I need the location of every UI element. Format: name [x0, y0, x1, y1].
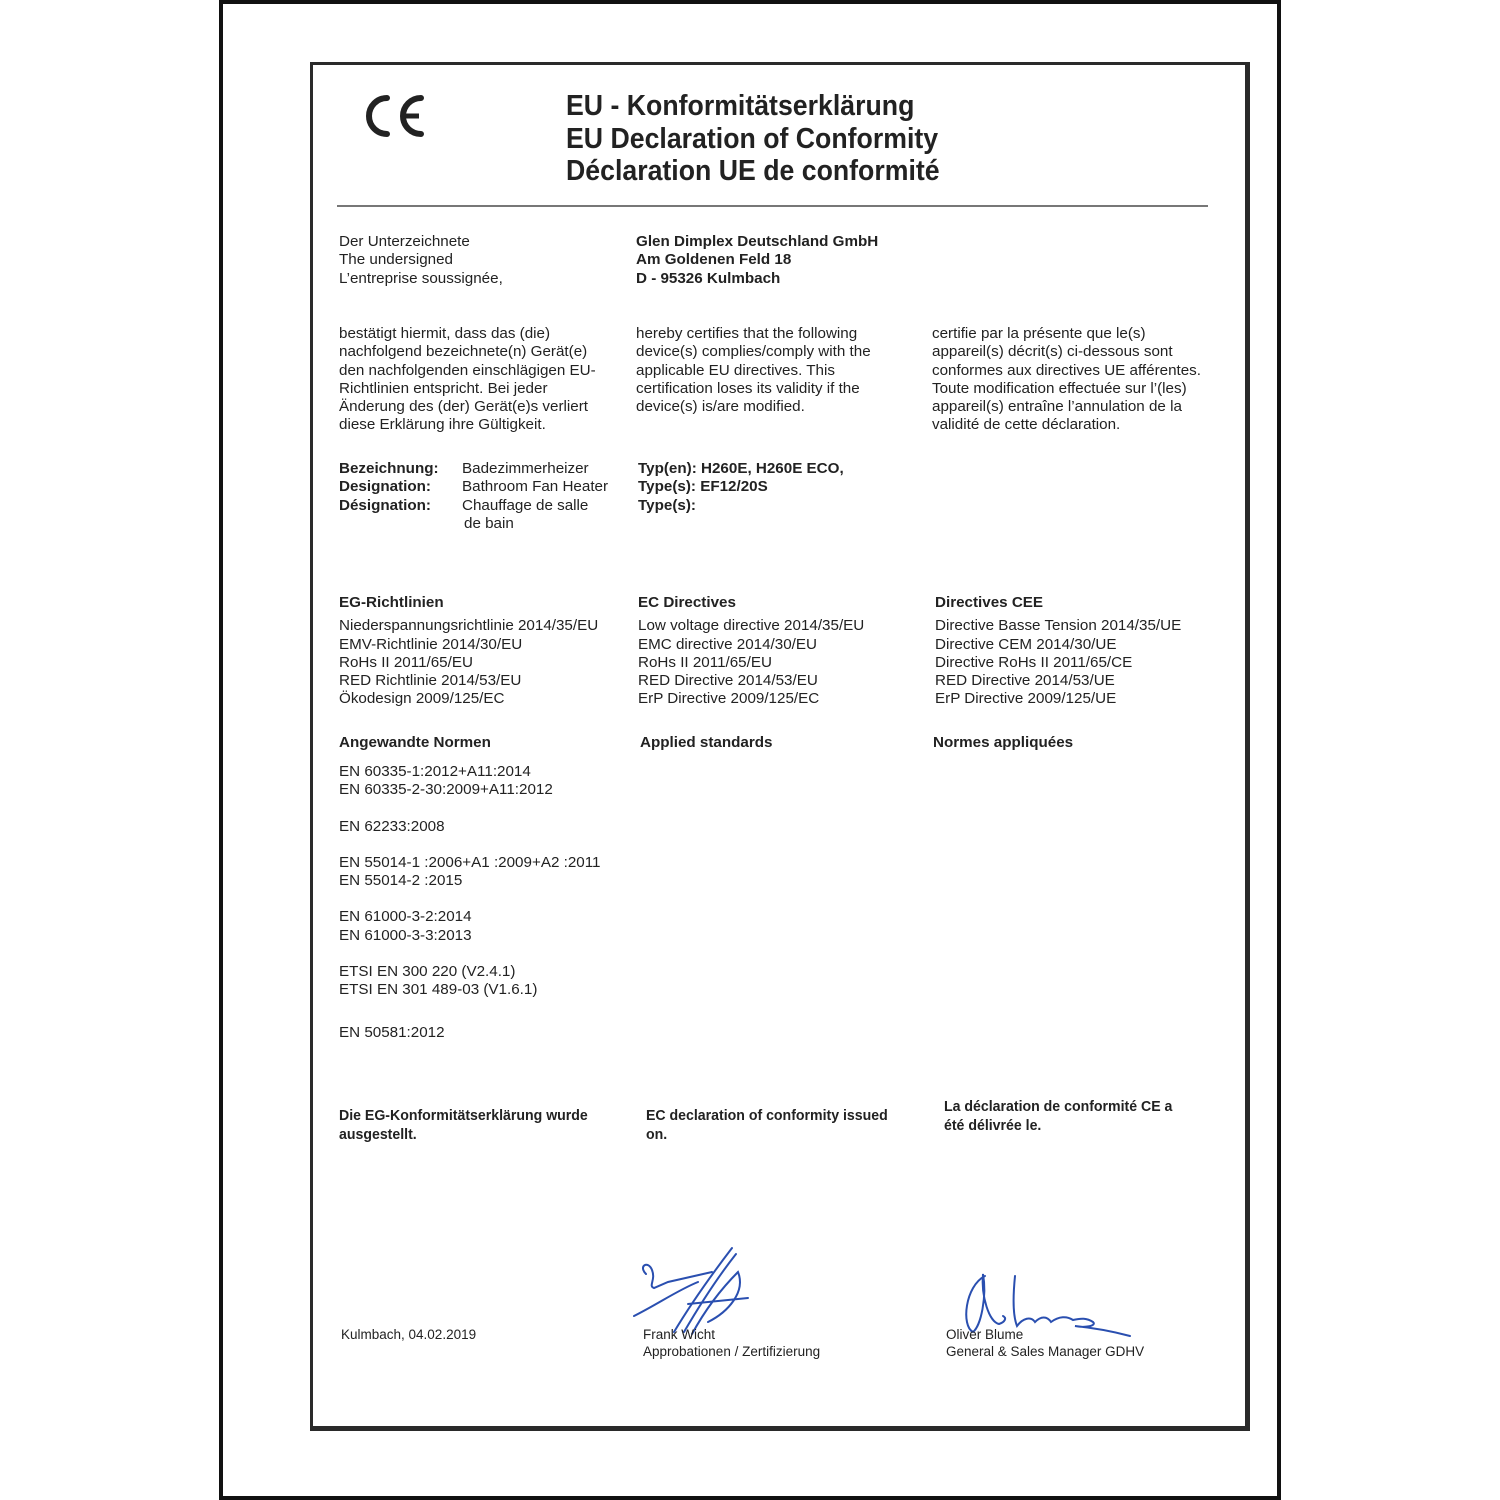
issued-line: Die EG-Konformitätserklärung wurde: [339, 1106, 588, 1125]
designation-labels: Bezeichnung: Designation: Désignation:: [339, 460, 439, 515]
cert-line: appareil(s) entraîne l’annulation de la: [932, 398, 1201, 416]
title-de: EU - Konformitätserklärung: [566, 90, 940, 123]
designation-values: Badezimmerheizer Bathroom Fan Heater Cha…: [462, 460, 608, 533]
title-fr: Déclaration UE de conformité: [566, 155, 940, 188]
company-city: D - 95326 Kulmbach: [636, 270, 878, 288]
standard-item: ETSI EN 301 489-03 (V1.6.1): [339, 981, 601, 999]
cert-line: applicable EU directives. This: [636, 362, 871, 380]
directive-item: EMC directive 2014/30/EU: [638, 636, 864, 654]
signer2-name: Oliver Blume: [946, 1327, 1144, 1344]
cert-line: bestätigt hiermit, dass das (die): [339, 325, 596, 343]
issued-line: on.: [646, 1125, 888, 1144]
cert-line: hereby certifies that the following: [636, 325, 871, 343]
designation-value: Chauffage de salle: [462, 497, 608, 515]
certification-fr: certifie par la présente que le(s) appar…: [932, 325, 1201, 435]
directive-item: RED Directive 2014/53/UE: [935, 672, 1181, 690]
type-row: Type(s):: [638, 497, 844, 515]
directive-item: ErP Directive 2009/125/UE: [935, 690, 1181, 708]
designation-value: de bain: [462, 515, 608, 533]
signer1-name: Frank Wicht: [643, 1327, 820, 1344]
directive-item: EMV-Richtlinie 2014/30/EU: [339, 636, 598, 654]
issued-de: Die EG-Konformitätserklärung wurde ausge…: [339, 1106, 588, 1144]
cert-line: device(s) complies/comply with the: [636, 343, 871, 361]
cert-line: conformes aux directives UE afférentes.: [932, 362, 1201, 380]
directive-item: Ökodesign 2009/125/EC: [339, 690, 598, 708]
cert-line: certification loses its validity if the: [636, 380, 871, 398]
device-types: Typ(en): H260E, H260E ECO, Type(s): EF12…: [638, 460, 844, 515]
document-title: EU - Konformitätserklärung EU Declaratio…: [566, 90, 972, 188]
company-street: Am Goldenen Feld 18: [636, 251, 878, 269]
directives-heading: Directives CEE: [935, 594, 1181, 612]
issued-line: EC declaration of conformity issued: [646, 1106, 888, 1125]
signer2: Oliver Blume General & Sales Manager GDH…: [946, 1327, 1144, 1360]
ce-mark-icon: [357, 92, 425, 140]
directives-fr: Directives CEE Directive Basse Tension 2…: [935, 594, 1181, 709]
cert-line: device(s) is/are modified.: [636, 398, 871, 416]
cert-line: nachfolgend bezeichnete(n) Gerät(e): [339, 343, 596, 361]
issued-fr: La déclaration de conformité CE a été dé…: [944, 1097, 1172, 1135]
directives-heading: EC Directives: [638, 594, 864, 612]
standard-item: EN 55014-1 :2006+A1 :2009+A2 :2011: [339, 854, 601, 872]
standard-item: EN 61000-3-3:2013: [339, 927, 601, 945]
issued-en: EC declaration of conformity issued on.: [646, 1106, 888, 1144]
certification-en: hereby certifies that the following devi…: [636, 325, 871, 416]
designation-value: Badezimmerheizer: [462, 460, 608, 478]
directive-item: Niederspannungsrichtlinie 2014/35/EU: [339, 617, 598, 635]
cert-line: Richtlinien entspricht. Bei jeder: [339, 380, 596, 398]
signer2-role: General & Sales Manager GDHV: [946, 1344, 1144, 1361]
directive-item: Directive Basse Tension 2014/35/UE: [935, 617, 1181, 635]
cert-line: Toute modification effectuée sur l’(les): [932, 380, 1201, 398]
label-fr: L’entreprise soussignée,: [339, 270, 503, 288]
cert-line: validité de cette déclaration.: [932, 416, 1201, 434]
type-row: Type(s): EF12/20S: [638, 478, 844, 496]
issued-line: été délivrée le.: [944, 1116, 1172, 1135]
label-de: Der Unterzeichnete: [339, 233, 503, 251]
issued-line: ausgestellt.: [339, 1125, 588, 1144]
type-value: H260E, H260E ECO,: [701, 460, 844, 477]
directives-heading: EG-Richtlinien: [339, 594, 598, 612]
standards-heading-de: Angewandte Normen: [339, 734, 491, 752]
directive-item: RED Richtlinie 2014/53/EU: [339, 672, 598, 690]
directive-item: RED Directive 2014/53/EU: [638, 672, 864, 690]
header-divider: [337, 205, 1208, 207]
place-date: Kulmbach, 04.02.2019: [341, 1327, 476, 1342]
standard-item: EN 55014-2 :2015: [339, 872, 601, 890]
directive-item: Low voltage directive 2014/35/EU: [638, 617, 864, 635]
type-label: Typ(en):: [638, 460, 697, 477]
designation-label: Designation:: [339, 478, 439, 496]
undersigned-labels: Der Unterzeichnete The undersigned L’ent…: [339, 233, 503, 288]
title-en: EU Declaration of Conformity: [566, 123, 940, 156]
designation-label: Désignation:: [339, 497, 439, 515]
standard-item: EN 61000-3-2:2014: [339, 908, 601, 926]
type-label: Type(s):: [638, 497, 696, 514]
standards-list: EN 60335-1:2012+A11:2014 EN 60335-2-30:2…: [339, 763, 601, 1042]
label-en: The undersigned: [339, 251, 503, 269]
designation-label: Bezeichnung:: [339, 460, 439, 478]
standard-item: EN 62233:2008: [339, 818, 601, 836]
cert-line: appareil(s) décrit(s) ci-dessous sont: [932, 343, 1201, 361]
certification-de: bestätigt hiermit, dass das (die) nachfo…: [339, 325, 596, 435]
type-row: Typ(en): H260E, H260E ECO,: [638, 460, 844, 478]
type-label: Type(s):: [638, 478, 696, 495]
directive-item: RoHs II 2011/65/EU: [638, 654, 864, 672]
standard-item: EN 50581:2012: [339, 1024, 601, 1042]
issued-line: La déclaration de conformité CE a: [944, 1097, 1172, 1116]
standard-item: EN 60335-1:2012+A11:2014: [339, 763, 601, 781]
standard-item: EN 60335-2-30:2009+A11:2012: [339, 781, 601, 799]
cert-line: den nachfolgenden einschlägigen EU-: [339, 362, 596, 380]
standards-heading-fr: Normes appliquées: [933, 734, 1073, 752]
designation-value: Bathroom Fan Heater: [462, 478, 608, 496]
signer1: Frank Wicht Approbationen / Zertifizieru…: [643, 1327, 820, 1360]
signer1-role: Approbationen / Zertifizierung: [643, 1344, 820, 1361]
directives-de: EG-Richtlinien Niederspannungsrichtlinie…: [339, 594, 598, 709]
cert-line: certifie par la présente que le(s): [932, 325, 1201, 343]
directive-item: Directive RoHs II 2011/65/CE: [935, 654, 1181, 672]
directive-item: ErP Directive 2009/125/EC: [638, 690, 864, 708]
cert-line: diese Erklärung ihre Gültigkeit.: [339, 416, 596, 434]
cert-line: Änderung des (der) Gerät(e)s verliert: [339, 398, 596, 416]
standards-heading-en: Applied standards: [640, 734, 773, 752]
company-address: Glen Dimplex Deutschland GmbH Am Goldene…: [636, 233, 878, 288]
type-value: EF12/20S: [700, 478, 768, 495]
standard-item: ETSI EN 300 220 (V2.4.1): [339, 963, 601, 981]
company-name: Glen Dimplex Deutschland GmbH: [636, 233, 878, 251]
directive-item: RoHs II 2011/65/EU: [339, 654, 598, 672]
directives-en: EC Directives Low voltage directive 2014…: [638, 594, 864, 709]
directive-item: Directive CEM 2014/30/UE: [935, 636, 1181, 654]
